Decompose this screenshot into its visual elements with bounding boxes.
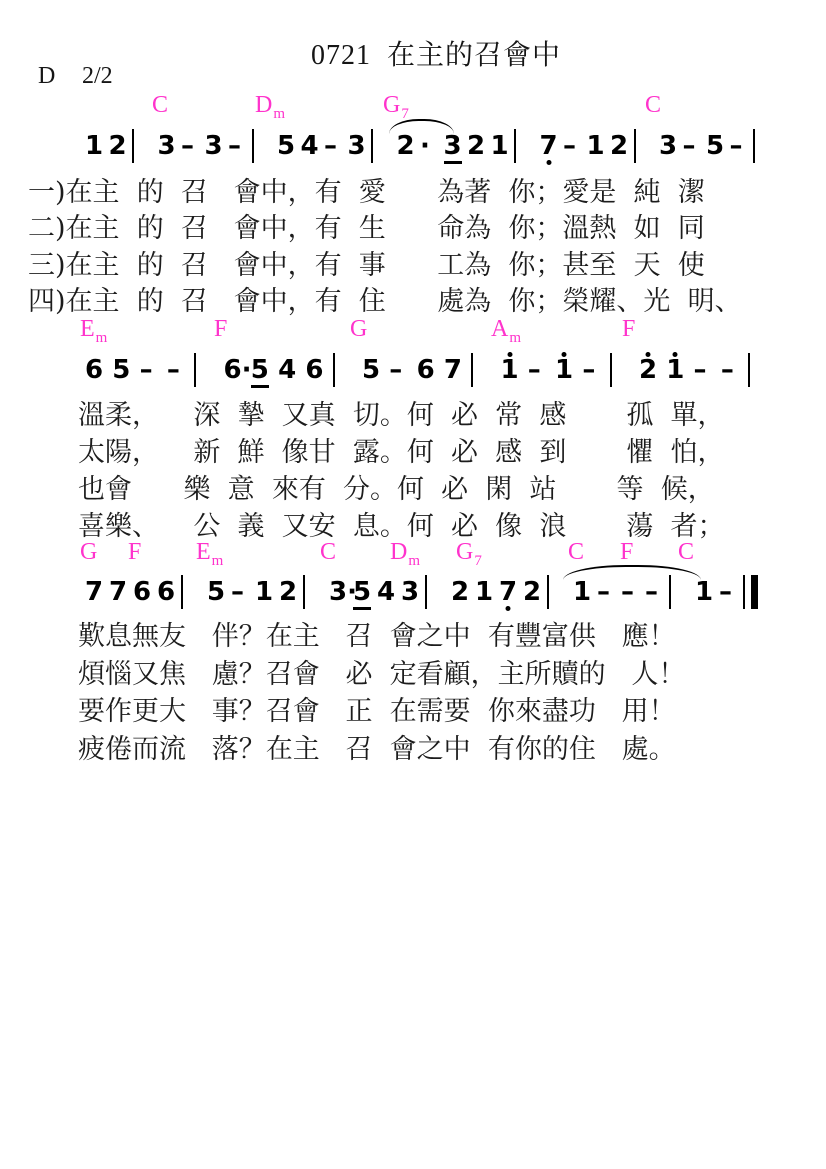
lyric-line: 一)在主 的 召 會中，有 愛 為著 你；愛是 純 潔 (28, 178, 705, 208)
lyric-line: 四)在主 的 召 會中，有 住 處為 你；榮耀、光 明、 (28, 287, 742, 317)
hymn-sheet-page: 0721 在主的召會中 D 2/2 CDmG7C123–3–54–32·3217… (0, 0, 826, 1169)
augmentation-dot: · (420, 131, 444, 161)
note-token: 7 (540, 131, 564, 161)
note-token: – (694, 355, 721, 385)
note-token: 2 (467, 131, 491, 161)
note-token: 2 (109, 131, 133, 161)
note-glyph: · (420, 131, 430, 161)
note-token: 7 (85, 577, 109, 607)
barline (753, 129, 779, 163)
lyric-line: 喜樂、 公 義 又安 息。何 必 像 浪 蕩 者； (78, 512, 725, 542)
note-glyph: 2 (523, 577, 541, 607)
note-glyph: 2 (109, 131, 127, 161)
note-token: 6 (305, 355, 332, 385)
note-token: 2 (523, 577, 547, 607)
note-glyph: 3 (348, 131, 366, 161)
chord-root: E (196, 539, 211, 565)
notation-line: 65––6·5465–671–1–21–– (85, 355, 777, 389)
chord-root: D (390, 539, 407, 565)
note-token: 3 (158, 131, 182, 161)
chord-subscript: m (96, 330, 108, 346)
note-glyph: – (563, 131, 576, 161)
chord-label: G (350, 316, 367, 342)
note-token: – (324, 131, 348, 161)
chord-root: C (568, 539, 584, 565)
note-token: 5 (251, 355, 278, 385)
note-token: 1 (491, 131, 515, 161)
note-token: 1 (475, 577, 499, 607)
chord-label: F (622, 316, 635, 342)
chord-root: D (255, 92, 272, 118)
note-token: 5 (277, 131, 301, 161)
note-glyph: 1 (255, 577, 273, 607)
note-glyph: 3 (158, 131, 176, 161)
note-token: – (683, 131, 707, 161)
note-glyph: 1 (85, 131, 103, 161)
note-glyph: 3 (659, 131, 677, 161)
note-glyph: – (645, 577, 658, 607)
note-glyph: 3 (205, 131, 223, 161)
note-glyph: 2 (451, 577, 469, 607)
note-token: 1 (85, 131, 109, 161)
lyric-line: 歎息無友 伴？在主 召 會之中 有豐富供 應！ (78, 622, 676, 652)
note-token: 2 (397, 131, 421, 161)
chord-label: F (128, 539, 141, 565)
chord-label: F (620, 539, 633, 565)
chord-root: F (214, 316, 227, 342)
note-token: – (597, 577, 621, 607)
note-token: 3 (444, 131, 468, 161)
barline (371, 129, 397, 163)
chord-subscript: m (408, 553, 420, 569)
note-glyph: 7 (499, 577, 517, 607)
chord-label: G7 (456, 539, 482, 574)
note-token: 3 (659, 131, 683, 161)
note-glyph: 1 (500, 355, 518, 385)
note-glyph: 1 (555, 355, 573, 385)
note-token: – (228, 131, 252, 161)
chord-label: Em (196, 539, 223, 574)
note-token: – (582, 355, 609, 385)
note-token: 7 (109, 577, 133, 607)
note-glyph: – (228, 131, 241, 161)
note-token: 1 (573, 577, 597, 607)
chord-subscript: 7 (474, 553, 482, 569)
chord-root: C (320, 539, 336, 565)
note-token: 5 (207, 577, 231, 607)
chord-subscript: m (273, 106, 285, 122)
note-glyph: – (597, 577, 610, 607)
note-token: 1 (500, 355, 527, 385)
note-glyph: 4 (377, 577, 395, 607)
note-glyph: 5 (362, 355, 380, 385)
lyric-line: 疲倦而流 落？在主 召 會之中 有你的住 處。 (78, 735, 676, 765)
note-glyph: 6 (305, 355, 323, 385)
note-glyph: 5 (277, 131, 295, 161)
note-token: – (140, 355, 167, 385)
note-token: 4 (301, 131, 325, 161)
note-token: 1 (255, 577, 279, 607)
note-token: 3 (205, 131, 229, 161)
chord-root: G (80, 539, 97, 565)
barline (252, 129, 278, 163)
barline (748, 353, 777, 387)
note-token: – (621, 577, 645, 607)
chord-label: C (645, 92, 661, 118)
note-token: 3 (401, 577, 425, 607)
barline (132, 129, 158, 163)
note-token: – (528, 355, 555, 385)
note-token: 6· (223, 355, 250, 385)
chord-label: C (320, 539, 336, 565)
note-glyph: 1 (695, 577, 713, 607)
chord-subscript: m (509, 330, 521, 346)
chord-root: C (152, 92, 168, 118)
note-token: 6 (85, 355, 112, 385)
note-token: 5 (362, 355, 389, 385)
note-glyph: 3 (401, 577, 419, 607)
note-token: 1 (666, 355, 693, 385)
note-token: 6 (417, 355, 444, 385)
barline (514, 129, 540, 163)
note-glyph: – (719, 577, 732, 607)
chord-label: Dm (390, 539, 420, 574)
note-glyph: 1 (573, 577, 591, 607)
note-token: 4 (278, 355, 305, 385)
chord-root: F (620, 539, 633, 565)
note-glyph: – (721, 355, 734, 385)
note-glyph: 1 (587, 131, 605, 161)
chord-root: F (622, 316, 635, 342)
note-glyph: 7 (540, 131, 558, 161)
note-glyph: 4 (278, 355, 296, 385)
note-glyph: 7 (85, 577, 103, 607)
note-token: 5 (353, 577, 377, 607)
note-token: 6 (133, 577, 157, 607)
note-token: 3 (348, 131, 372, 161)
note-glyph: – (231, 577, 244, 607)
note-token: 7 (444, 355, 471, 385)
note-glyph: 6 (157, 577, 175, 607)
chord-root: E (80, 316, 95, 342)
chord-label: Em (80, 316, 107, 351)
lyric-line: 二)在主 的 召 會中，有 生 命為 你；溫熱 如 同 (28, 214, 705, 244)
chord-label: C (152, 92, 168, 118)
note-glyph: 6 (133, 577, 151, 607)
final-barline (743, 575, 758, 609)
chord-root: A (491, 316, 508, 342)
barline (471, 353, 500, 387)
chord-root: G (383, 92, 400, 118)
note-glyph: 6· (223, 355, 251, 385)
note-token: – (719, 577, 743, 607)
chord-root: G (350, 316, 367, 342)
note-token: – (389, 355, 416, 385)
note-glyph: 6 (85, 355, 103, 385)
note-token: 1 (555, 355, 582, 385)
note-token: 5 (112, 355, 139, 385)
note-glyph: 2 (397, 131, 415, 161)
note-glyph: – (528, 355, 541, 385)
note-glyph: 2 (639, 355, 657, 385)
note-glyph: 5 (112, 355, 130, 385)
note-glyph: 5 (207, 577, 225, 607)
note-token: – (645, 577, 669, 607)
note-glyph: – (389, 355, 402, 385)
lyric-line: 溫柔， 深 摯 又真 切。何 必 常 感 孤 單， (78, 401, 725, 431)
note-glyph: – (694, 355, 707, 385)
barline (303, 575, 329, 609)
note-glyph: 7 (109, 577, 127, 607)
chord-label: C (568, 539, 584, 565)
note-glyph: – (324, 131, 337, 161)
note-token: 2 (451, 577, 475, 607)
note-glyph: 2 (279, 577, 297, 607)
note-token: 2 (610, 131, 634, 161)
note-glyph: – (730, 131, 743, 161)
note-token: 2 (639, 355, 666, 385)
note-glyph: 1 (491, 131, 509, 161)
note-token: 6 (157, 577, 181, 607)
note-token: 2 (279, 577, 303, 607)
slur-arc (563, 565, 701, 580)
barline (547, 575, 573, 609)
note-token: – (167, 355, 194, 385)
notation-line: 77665–123·54321721–––1– (85, 577, 758, 611)
lyric-line: 煩惱又焦 慮？召會 必 定看顧，主所贖的 人！ (78, 660, 685, 690)
lyric-line: 也會 樂 意 來有 分。何 必 閑 站 等 候， (78, 475, 715, 505)
barline (669, 575, 695, 609)
score-area: CDmG7C123–3–54–32·3217–123–5–一)在主 的 召 會中… (0, 0, 826, 1169)
barline (333, 353, 362, 387)
barline (610, 353, 639, 387)
note-glyph: – (683, 131, 696, 161)
chord-label: Am (491, 316, 521, 351)
note-glyph: 5 (353, 577, 371, 610)
chord-label: F (214, 316, 227, 342)
note-glyph: 2 (467, 131, 485, 161)
note-glyph: 1 (666, 355, 684, 385)
lyric-line: 三)在主 的 召 會中，有 事 工為 你；甚至 天 使 (28, 251, 705, 281)
chord-root: C (678, 539, 694, 565)
note-token: – (563, 131, 587, 161)
note-token: 1 (587, 131, 611, 161)
note-glyph: 5 (251, 355, 269, 388)
note-glyph: 3 (444, 131, 462, 164)
note-glyph: 6 (417, 355, 435, 385)
note-token: – (231, 577, 255, 607)
chord-root: C (645, 92, 661, 118)
barline (425, 575, 451, 609)
note-glyph: – (582, 355, 595, 385)
note-glyph: – (621, 577, 634, 607)
barline (181, 575, 207, 609)
note-glyph: 5 (706, 131, 724, 161)
lyric-line: 要作更大 事？召會 正 在需要 你來盡功 用！ (78, 697, 676, 727)
lyric-line: 太陽， 新 鮮 像甘 露。何 必 感 到 懼 怕， (78, 438, 725, 468)
chord-label: C (678, 539, 694, 565)
note-glyph: – (140, 355, 153, 385)
note-token: 3· (329, 577, 353, 607)
note-glyph: 4 (301, 131, 319, 161)
notation-line: 123–3–54–32·3217–123–5– (85, 131, 779, 165)
note-token: 7 (499, 577, 523, 607)
chord-root: F (128, 539, 141, 565)
note-glyph: – (181, 131, 194, 161)
note-glyph: 2 (610, 131, 628, 161)
note-token: – (721, 355, 748, 385)
chord-root: G (456, 539, 473, 565)
chord-label: Dm (255, 92, 285, 127)
note-glyph: 1 (475, 577, 493, 607)
note-token: – (730, 131, 754, 161)
note-glyph: 7 (444, 355, 462, 385)
note-token: 1 (695, 577, 719, 607)
note-glyph: – (167, 355, 180, 385)
note-token: – (181, 131, 205, 161)
chord-label: G (80, 539, 97, 565)
barline (194, 353, 223, 387)
chord-subscript: m (212, 553, 224, 569)
note-token: 4 (377, 577, 401, 607)
note-token: 5 (706, 131, 730, 161)
barline (634, 129, 660, 163)
